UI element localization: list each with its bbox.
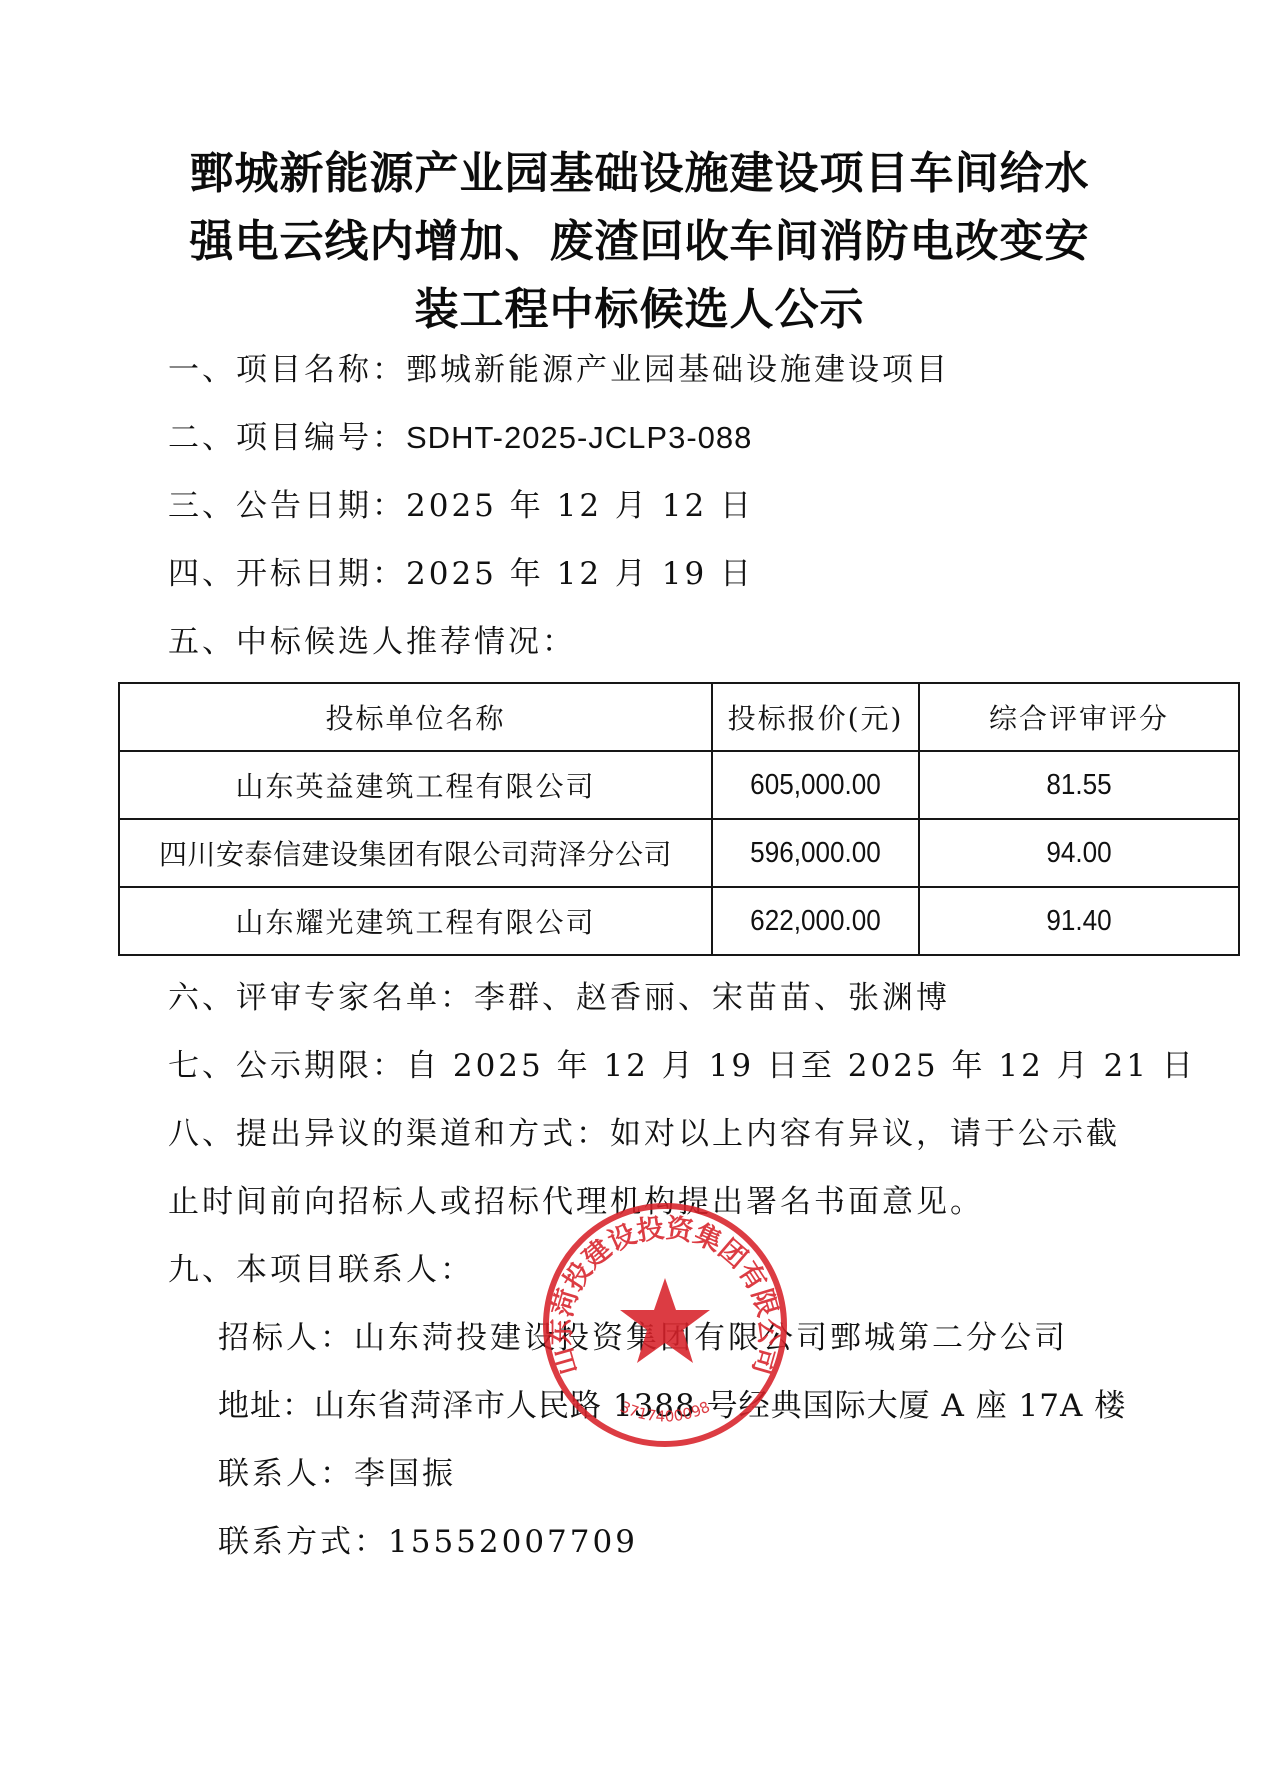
- bid-price: 596,000.00: [722, 819, 908, 887]
- address-label: 地址：: [218, 1388, 314, 1424]
- bid-opening-date-value: 2025 年 12 月 19 日: [406, 556, 754, 592]
- section-experts: 六、评审专家名单：李群、赵香丽、宋苗苗、张渊博: [168, 978, 950, 1018]
- header-score: 综合评审评分: [919, 683, 1239, 751]
- project-name-value: 鄄城新能源产业园基础设施建设项目: [406, 352, 950, 388]
- section-label: 三、公告日期：: [168, 488, 406, 524]
- title-line-3: 装工程中标候选人公示: [0, 276, 1279, 344]
- document-title: 鄄城新能源产业园基础设施建设项目车间给水 强电云线内增加、废渣回收车间消防电改变…: [0, 140, 1279, 344]
- section-project-name: 一、项目名称：鄄城新能源产业园基础设施建设项目: [168, 350, 950, 390]
- objection-value-line1: 如对以上内容有异议，请于公示截: [610, 1116, 1120, 1152]
- candidates-table: 投标单位名称 投标报价(元) 综合评审评分 山东英益建筑工程有限公司 605,0…: [118, 682, 1240, 956]
- section-label: 二、项目编号：: [168, 420, 406, 456]
- section-label: 七、公示期限：: [168, 1048, 406, 1084]
- address-value: 山东省菏泽市人民路 1388 号经典国际大厦 A 座 17A 楼: [314, 1388, 1126, 1424]
- score: 94.00: [935, 819, 1223, 887]
- contact-phone: 联系方式：15552007709: [218, 1522, 638, 1562]
- section-objection-continued: 止时间前向招标人或招标代理机构提出署名书面意见。: [168, 1182, 984, 1222]
- bidder-name: 四川安泰信建设集团有限公司菏泽分公司: [119, 819, 712, 887]
- section-project-number: 二、项目编号：SDHT-2025-JCLP3-088: [168, 418, 752, 458]
- contact-person: 联系人：李国振: [218, 1454, 456, 1494]
- announcement-date-value: 2025 年 12 月 12 日: [406, 488, 754, 524]
- bidder-name: 山东英益建筑工程有限公司: [119, 751, 712, 819]
- section-announcement-date: 三、公告日期：2025 年 12 月 12 日: [168, 486, 754, 526]
- person-label: 联系人：: [218, 1456, 354, 1492]
- tenderer-value: 山东菏投建设投资集团有限公司鄄城第二分公司: [354, 1320, 1068, 1356]
- bid-price: 622,000.00: [722, 887, 908, 955]
- bidder-name: 山东耀光建筑工程有限公司: [119, 887, 712, 955]
- section-label: 九、本项目联系人：: [168, 1252, 474, 1288]
- objection-value-line2: 止时间前向招标人或招标代理机构提出署名书面意见。: [168, 1184, 984, 1220]
- section-label: 八、提出异议的渠道和方式：: [168, 1116, 610, 1152]
- phone-value: 15552007709: [388, 1524, 638, 1560]
- section-label: 六、评审专家名单：: [168, 980, 474, 1016]
- score: 91.40: [935, 887, 1223, 955]
- table-row: 四川安泰信建设集团有限公司菏泽分公司 596,000.00 94.00: [119, 819, 1239, 887]
- contact-address: 地址：山东省菏泽市人民路 1388 号经典国际大厦 A 座 17A 楼: [218, 1386, 1126, 1426]
- project-number-value: SDHT-2025-JCLP3-088: [406, 420, 752, 455]
- header-bid-price: 投标报价(元): [712, 683, 919, 751]
- score: 81.55: [935, 751, 1223, 819]
- section-candidates: 五、中标候选人推荐情况：: [168, 622, 576, 662]
- section-bid-opening-date: 四、开标日期：2025 年 12 月 19 日: [168, 554, 754, 594]
- person-value: 李国振: [354, 1456, 456, 1492]
- tenderer-label: 招标人：: [218, 1320, 354, 1356]
- header-bidder-name: 投标单位名称: [119, 683, 712, 751]
- table-header-row: 投标单位名称 投标报价(元) 综合评审评分: [119, 683, 1239, 751]
- section-label: 四、开标日期：: [168, 556, 406, 592]
- phone-label: 联系方式：: [218, 1524, 388, 1560]
- table-row: 山东英益建筑工程有限公司 605,000.00 81.55: [119, 751, 1239, 819]
- section-label: 一、项目名称：: [168, 352, 406, 388]
- section-publicity-period: 七、公示期限：自 2025 年 12 月 19 日至 2025 年 12 月 2…: [168, 1046, 1196, 1086]
- publicity-period-value: 自 2025 年 12 月 19 日至 2025 年 12 月 21 日: [406, 1048, 1196, 1084]
- section-objection: 八、提出异议的渠道和方式：如对以上内容有异议，请于公示截: [168, 1114, 1120, 1154]
- section-contact: 九、本项目联系人：: [168, 1250, 474, 1290]
- experts-value: 李群、赵香丽、宋苗苗、张渊博: [474, 980, 950, 1016]
- title-line-2: 强电云线内增加、废渣回收车间消防电改变安: [0, 208, 1279, 276]
- section-label: 五、中标候选人推荐情况：: [168, 624, 576, 660]
- bid-price: 605,000.00: [722, 751, 908, 819]
- table-row: 山东耀光建筑工程有限公司 622,000.00 91.40: [119, 887, 1239, 955]
- title-line-1: 鄄城新能源产业园基础设施建设项目车间给水: [0, 140, 1279, 208]
- contact-tenderer: 招标人：山东菏投建设投资集团有限公司鄄城第二分公司: [218, 1318, 1068, 1358]
